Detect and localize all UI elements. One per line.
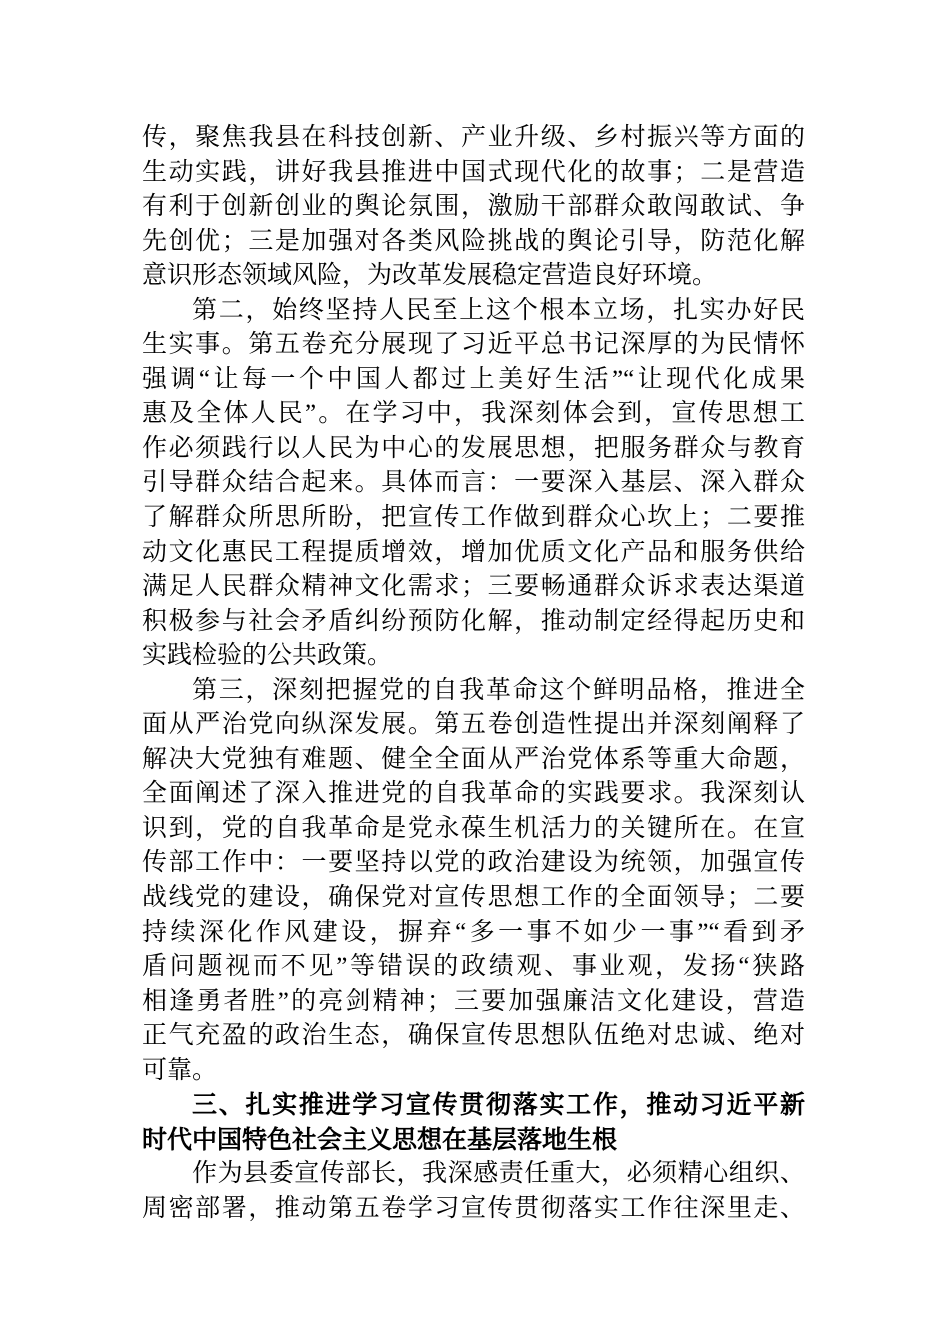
text-line: 时代中国特色社会主义思想在基层落地生根 (142, 1123, 805, 1158)
text-line: 周密部署，推动第五卷学习宣传贯彻落实工作往深里走、 (142, 1192, 805, 1227)
text-line: 作必须践行以人民为中心的发展思想，把服务群众与教育 (142, 432, 805, 467)
text-line: 全面阐述了深入推进党的自我革命的实践要求。我深刻认 (142, 777, 805, 812)
paragraph: 传，聚焦我县在科技创新、产业升级、乡村振兴等方面的生动实践，讲好我县推进中国式现… (142, 121, 805, 294)
text-line: 动文化惠民工程提质增效，增加优质文化产品和服务供给 (142, 536, 805, 571)
paragraph: 第二，始终坚持人民至上这个根本立场，扎实办好民生实事。第五卷充分展现了习近平总书… (142, 294, 805, 674)
text-line: 面从严治党向纵深发展。第五卷创造性提出并深刻阐释了 (142, 708, 805, 743)
section-heading: 三、扎实推进学习宣传贯彻落实工作，推动习近平新时代中国特色社会主义思想在基层落地… (142, 1088, 805, 1157)
text-line: 满足人民群众精神文化需求；三要畅通群众诉求表达渠道 (142, 570, 805, 605)
text-line: 了解群众所思所盼，把宣传工作做到群众心坎上；二要推 (142, 501, 805, 536)
text-line: 先创优；三是加强对各类风险挑战的舆论引导，防范化解 (142, 225, 805, 260)
text-line: 意识形态领域风险，为改革发展稳定营造良好环境。 (142, 259, 805, 294)
text-line: 惠及全体人民”。在学习中，我深刻体会到，宣传思想工 (142, 397, 805, 432)
text-line: 传，聚焦我县在科技创新、产业升级、乡村振兴等方面的 (142, 121, 805, 156)
text-line: 引导群众结合起来。具体而言：一要深入基层、深入群众 (142, 466, 805, 501)
text-line: 生实事。第五卷充分展现了习近平总书记深厚的为民情怀 (142, 328, 805, 363)
text-line: 正气充盈的政治生态，确保宣传思想队伍绝对忠诚、绝对 (142, 1019, 805, 1054)
text-line: 第二，始终坚持人民至上这个根本立场，扎实办好民 (142, 294, 805, 329)
text-line: 识到，党的自我革命是党永葆生机活力的关键所在。在宣 (142, 812, 805, 847)
text-line: 作为县委宣传部长，我深感责任重大，必须精心组织、 (142, 1157, 805, 1192)
paragraph: 作为县委宣传部长，我深感责任重大，必须精心组织、周密部署，推动第五卷学习宣传贯彻… (142, 1157, 805, 1226)
text-line: 积极参与社会矛盾纠纷预防化解，推动制定经得起历史和 (142, 605, 805, 640)
paragraph: 第三，深刻把握党的自我革命这个鲜明品格，推进全面从严治党向纵深发展。第五卷创造性… (142, 674, 805, 1089)
text-line: 战线党的建设，确保党对宣传思想工作的全面领导；二要 (142, 881, 805, 916)
text-line: 强调“让每一个中国人都过上美好生活”“让现代化成果 (142, 363, 805, 398)
text-line: 传部工作中：一要坚持以党的政治建设为统领，加强宣传 (142, 846, 805, 881)
text-line: 实践检验的公共政策。 (142, 639, 805, 674)
text-line: 三、扎实推进学习宣传贯彻落实工作，推动习近平新 (142, 1088, 805, 1123)
text-line: 第三，深刻把握党的自我革命这个鲜明品格，推进全 (142, 674, 805, 709)
text-line: 生动实践，讲好我县推进中国式现代化的故事；二是营造 (142, 156, 805, 191)
text-line: 解决大党独有难题、健全全面从严治党体系等重大命题， (142, 743, 805, 778)
document-text-block: 传，聚焦我县在科技创新、产业升级、乡村振兴等方面的生动实践，讲好我县推进中国式现… (142, 121, 805, 1227)
text-line: 盾问题视而不见”等错误的政绩观、事业观，发扬“狭路 (142, 950, 805, 985)
text-line: 有利于创新创业的舆论氛围，激励干部群众敢闯敢试、争 (142, 190, 805, 225)
text-line: 可靠。 (142, 1054, 805, 1089)
document-page: 传，聚焦我县在科技创新、产业升级、乡村振兴等方面的生动实践，讲好我县推进中国式现… (0, 0, 950, 1344)
text-line: 相逢勇者胜”的亮剑精神；三要加强廉洁文化建设，营造 (142, 985, 805, 1020)
text-line: 持续深化作风建设，摒弃“多一事不如少一事”“看到矛 (142, 916, 805, 951)
